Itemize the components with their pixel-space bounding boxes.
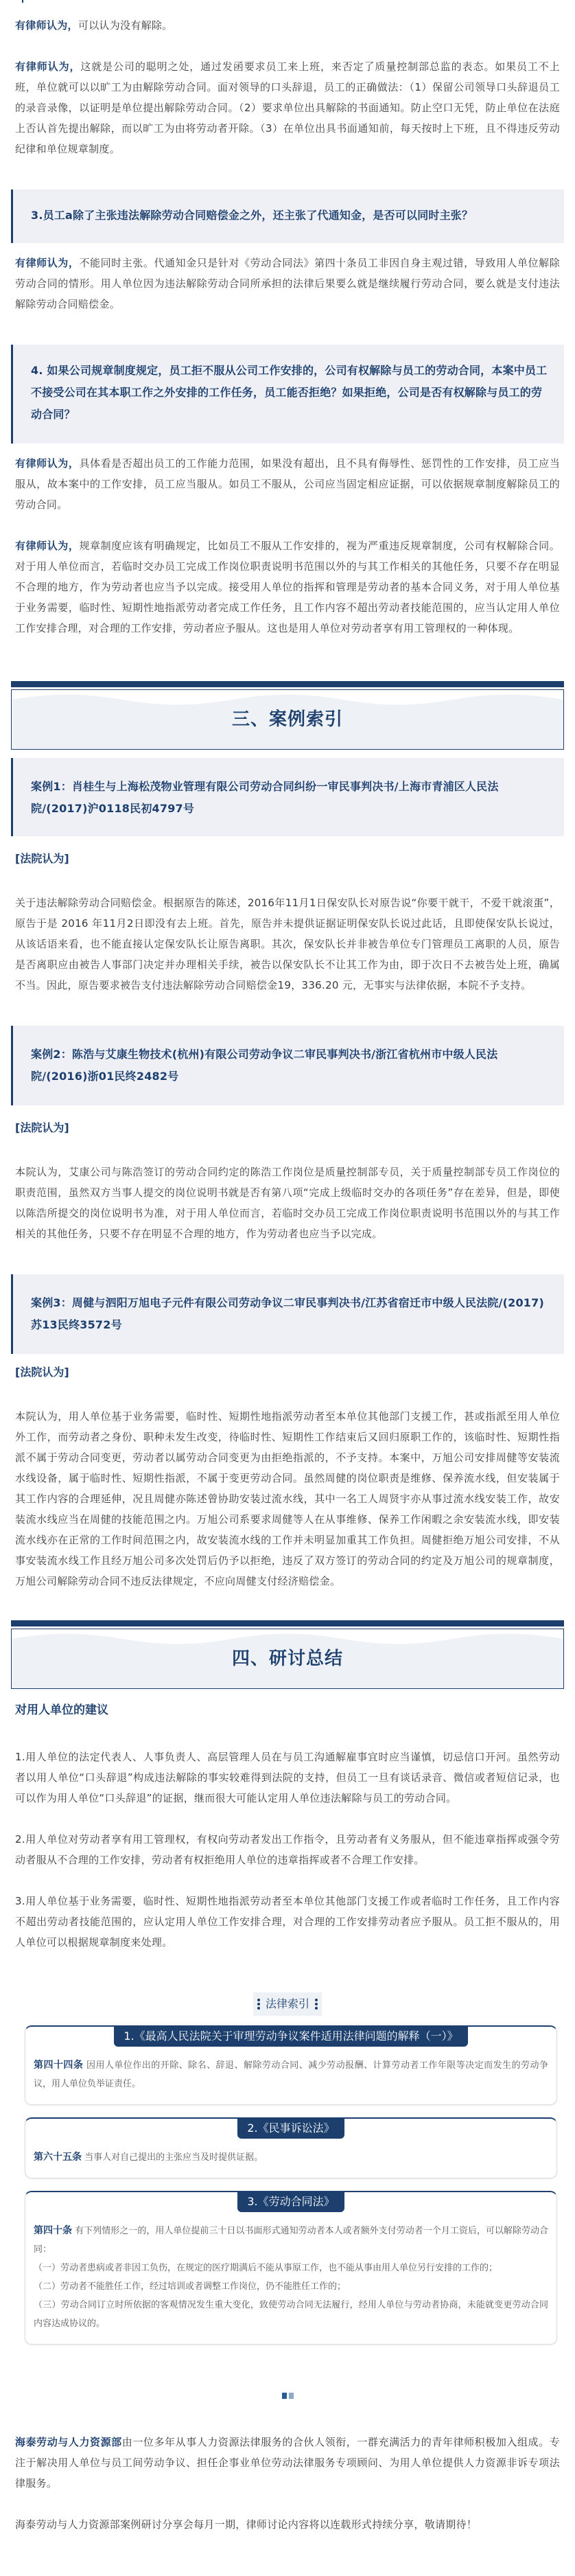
- law-card-3: 3.《劳动合同法》 第四十条 有下列情形之一的，用人单位提前三十日以书面形式通知…: [25, 2191, 557, 2345]
- case-title-box-1: 案例1：肖桂生与上海松茂物业管理有限公司劳动合同纠纷一审民事判决书/上海市青浦区…: [11, 758, 564, 836]
- court-opinion-text: 本院认为，用人单位基于业务需要，临时性、短期性地指派劳动者至本单位其他部门支援工…: [11, 1406, 564, 1591]
- section-divider-bar: [11, 1620, 564, 1626]
- law-card-body: 第四十条 有下列情形之一的，用人单位提前三十日以书面形式通知劳动者本人或者额外支…: [34, 2222, 548, 2333]
- question-box-4: 4. 如果公司规章制度规定，员工拒不服从公司工作安排的，公司有权解除与员工的劳动…: [11, 345, 564, 444]
- section-title: 三、案例索引: [232, 709, 343, 730]
- section-header-case-index: 三、案例索引: [11, 681, 564, 750]
- closing-note: 海泰劳动与人力资源部案例研讨分享会每月一期，律师讨论内容将以连载形式持续分享，敬…: [11, 2514, 564, 2535]
- lawyer-opinion: 有律师认为，不能同时主张。代通知金只是针对《劳动合同法》第四十条员工非因自身主观…: [11, 253, 564, 314]
- question-box-3: 3.员工a除了主张违法解除劳动合同赔偿金之外，还主张了代通知金，是否可以同时主张…: [11, 189, 564, 243]
- dots-ornament-icon: [315, 1999, 318, 2010]
- law-card-title: 2.《民事诉讼法》: [237, 2118, 344, 2139]
- wave-decoration-icon: [12, 1629, 563, 1650]
- advice-item-3: 3.用人单位基于业务需要，临时性、短期性地指派劳动者至本单位其他部门支援工作或者…: [11, 1891, 564, 1953]
- lawyer-opinion: 有律师认为，具体看是否超出员工的工作能力范围，如果没有超出，且不具有侮辱性、惩罚…: [11, 453, 564, 515]
- law-card-body: 第四十四条 因用人单位作出的开除、除名、辞退、解除劳动合同、减少劳动报酬、计算劳…: [34, 2056, 548, 2093]
- lawyer-opinion: 有律师认为，规章制度应该有明确规定，比如员工不服从工作安排的，视为严重违反规章制…: [11, 536, 564, 639]
- department-intro: 海泰劳动与人力资源部由一位多年从事人力资源法律服务的合伙人领衔，一群充满活力的青…: [11, 2432, 564, 2494]
- case-title-box-3: 案例3：周健与泗阳万旭电子元件有限公司劳动争议二审民事判决书/江苏省宿迁市中级人…: [11, 1274, 564, 1354]
- case-title-box-2: 案例2：陈浩与艾康生物技术(杭州)有限公司劳动争议二审民事判决书/浙江省杭州市中…: [11, 1026, 564, 1105]
- section-title-box: 四、研讨总结: [11, 1629, 564, 1689]
- advice-item-2: 2.用人单位对劳动者享有用工管理权，有权向劳动者发出工作指令，且劳动者有义务服从…: [11, 1829, 564, 1870]
- section-divider-bar: [11, 681, 564, 687]
- article-number: 第四十四条: [34, 2060, 83, 2071]
- lawyer-opinion: 有律师认为，可以认为没有解除。: [11, 15, 564, 36]
- end-ornament: [11, 2393, 564, 2399]
- article-page: 有律师认为，可以认为没有解除。 有律师认为，这就是公司的聪明之处，通过发函要求员…: [0, 0, 575, 2576]
- article-clause: （一）劳动者患病或者非因工负伤，在规定的医疗期满后不能从事原工作，也不能从事由用…: [34, 2259, 548, 2277]
- section-title-box: 三、案例索引: [11, 689, 564, 750]
- lawyer-opinion: 有律师认为，这就是公司的聪明之处，通过发函要求员工来上班，来否定了质量控制部总监…: [11, 56, 564, 159]
- law-card-2: 2.《民事诉讼法》 第六十五条 当事人对自己提出的主张应当及时提供证据。: [25, 2117, 557, 2178]
- article-number: 第六十五条: [34, 2152, 82, 2163]
- advice-item-1: 1.用人单位的法定代表人、人事负责人、高层管理人员在与员工沟通解雇事宜时应当谨慎…: [11, 1747, 564, 1808]
- law-card-1: 1.《最高人民法院关于审理劳动争议案件适用法律问题的解释（一）》 第四十四条 因…: [25, 2025, 557, 2105]
- court-opinion-label: [法院认为]: [11, 1362, 564, 1383]
- article-clause: （二）劳动者不能胜任工作，经过培训或者调整工作岗位，仍不能胜任工作的；: [34, 2277, 548, 2296]
- law-index-tag: 法律索引: [253, 1992, 322, 2016]
- court-opinion-text: 关于违法解除劳动合同赔偿金。根据原告的陈述，2016年11月1日保安队长对原告说…: [11, 893, 564, 996]
- section-title: 四、研讨总结: [232, 1648, 343, 1669]
- law-card-title: 3.《劳动合同法》: [237, 2192, 344, 2212]
- court-opinion-label: [法院认为]: [11, 1118, 564, 1138]
- court-opinion-label: [法院认为]: [11, 849, 564, 869]
- square-dark-icon: [282, 2393, 287, 2399]
- square-light-icon: [289, 2393, 294, 2399]
- subheading-employer-advice: 对用人单位的建议: [11, 1700, 564, 1721]
- law-card-body: 第六十五条 当事人对自己提出的主张应当及时提供证据。: [34, 2148, 548, 2167]
- dots-ornament-icon: [257, 1999, 260, 2010]
- law-index-header: 法律索引: [11, 1992, 564, 2016]
- article-number: 第四十条: [34, 2225, 72, 2236]
- court-opinion-text: 本院认为，艾康公司与陈浩签订的劳动合同约定的陈浩工作岗位是质量控制部专员，关于质…: [11, 1162, 564, 1244]
- wave-decoration-icon: [12, 690, 563, 711]
- law-index-label: 法律索引: [266, 1994, 309, 2014]
- law-card-title: 1.《最高人民法院关于审理劳动争议案件适用法律问题的解释（一）》: [114, 2026, 467, 2047]
- article-clause: （三）劳动合同订立时所依据的客观情况发生重大变化，致使劳动合同无法履行，经用人单…: [34, 2296, 548, 2333]
- section-header-summary: 四、研讨总结: [11, 1620, 564, 1689]
